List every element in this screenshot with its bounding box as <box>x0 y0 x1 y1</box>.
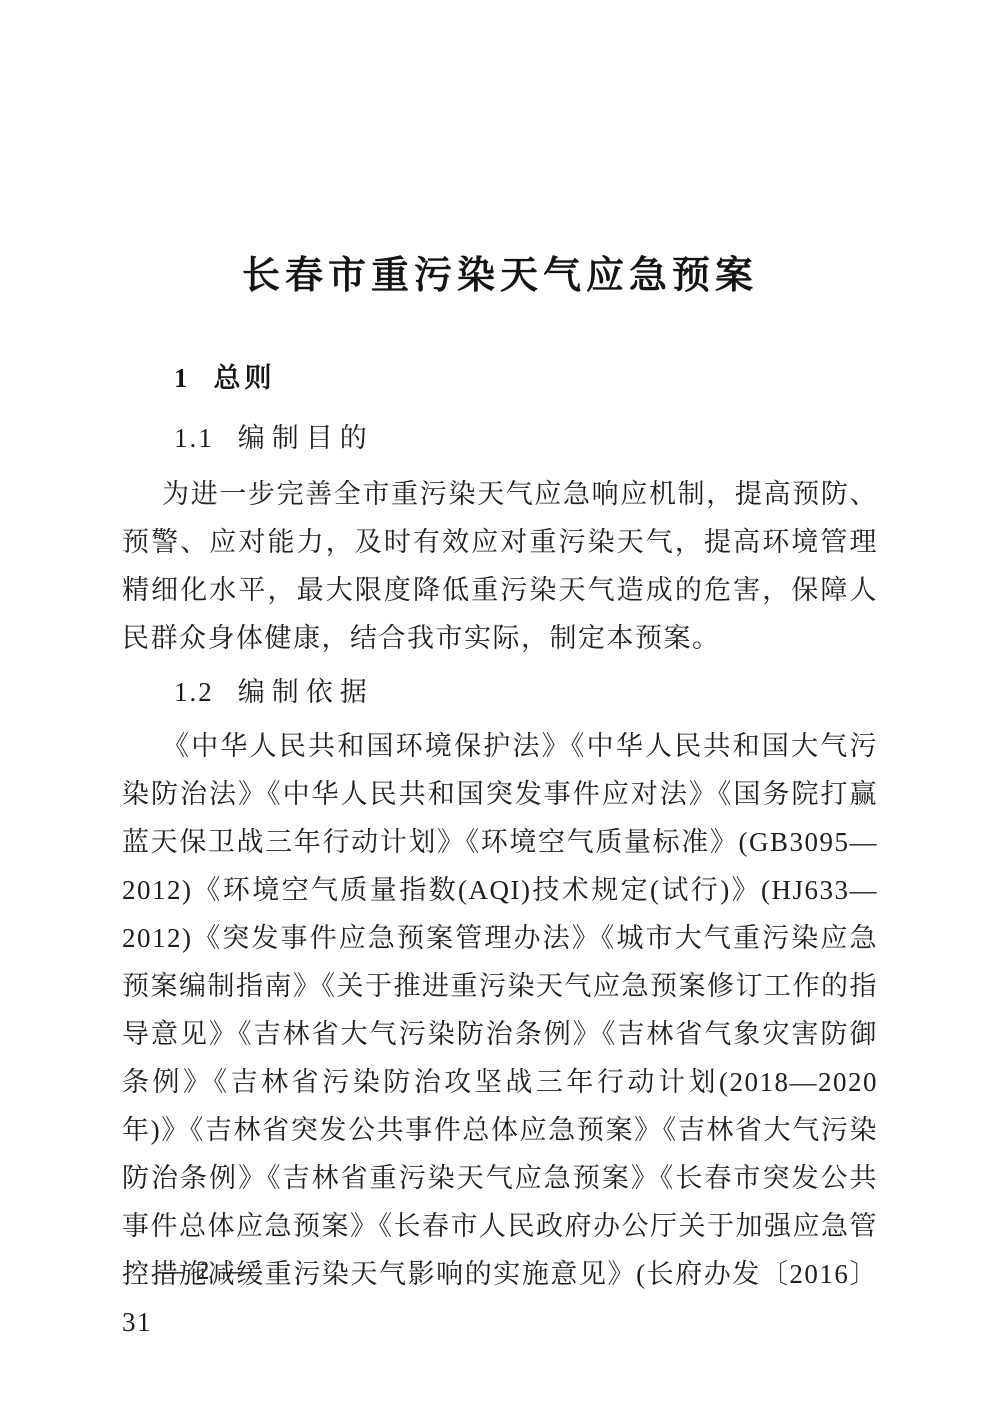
document-content: 1总则 1.1编制目的 为进一步完善全市重污染天气应急响应机制，提高预防、预警、… <box>122 360 878 1346</box>
page-number: — 2 — <box>158 1256 251 1286</box>
section-number: 1.2 <box>174 674 214 710</box>
section-heading-text: 编制目的 <box>238 423 374 453</box>
section-heading-1: 1总则 <box>122 360 878 396</box>
section-number: 1 <box>174 360 190 396</box>
document-title: 长春市重污染天气应急预案 <box>0 0 1000 302</box>
section-heading-text: 总则 <box>214 363 276 393</box>
section-number: 1.1 <box>174 420 214 456</box>
section-heading-1-2: 1.2编制依据 <box>122 674 878 710</box>
paragraph-legal-basis: 《中华人民共和国环境保护法》《中华人民共和国大气污染防治法》《中华人民共和国突发… <box>122 722 878 1346</box>
section-heading-text: 编制依据 <box>238 677 374 707</box>
paragraph-purpose: 为进一步完善全市重污染天气应急响应机制，提高预防、预警、应对能力，及时有效应对重… <box>122 470 878 662</box>
section-heading-1-1: 1.1编制目的 <box>122 420 878 456</box>
document-page: 长春市重污染天气应急预案 1总则 1.1编制目的 为进一步完善全市重污染天气应急… <box>0 0 1000 1403</box>
